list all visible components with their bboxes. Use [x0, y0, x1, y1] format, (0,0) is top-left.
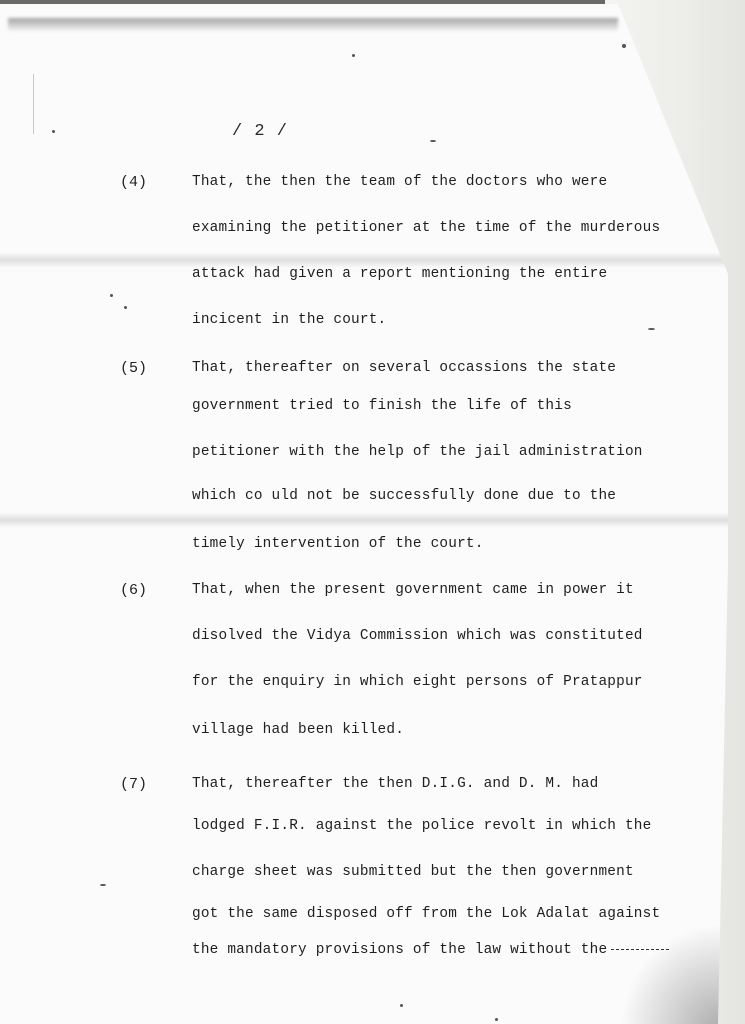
paragraph-line: the mandatory provisions of the law with…	[192, 942, 607, 958]
paragraph-line: village had been killed.	[192, 722, 404, 738]
ink-speck	[52, 130, 55, 133]
paragraph-line: attack had given a report mentioning the…	[192, 266, 607, 282]
ink-speck	[124, 306, 127, 309]
paragraph-line: incicent in the court.	[192, 312, 386, 328]
paragraph-line: That, the then the team of the doctors w…	[192, 174, 607, 190]
paragraph-line: disolved the Vidya Commission which was …	[192, 628, 643, 644]
paragraph-line: lodged F.I.R. against the police revolt …	[192, 818, 651, 834]
page-crease	[0, 512, 728, 528]
paragraph-number: (4)	[120, 174, 147, 191]
document-page: / 2 / (4) That, the then the team of the…	[0, 4, 745, 1024]
paragraph-number: (6)	[120, 582, 147, 599]
ink-speck	[430, 140, 436, 142]
margin-mark	[33, 74, 34, 134]
ink-speck	[352, 54, 355, 57]
paragraph-line: which co uld not be successfully done du…	[192, 488, 616, 504]
ink-speck	[110, 294, 113, 297]
paragraph-line: examining the petitioner at the time of …	[192, 220, 660, 236]
paragraph-line: charge sheet was submitted but the then …	[192, 864, 634, 880]
paragraph-line: timely intervention of the court.	[192, 536, 484, 552]
paragraph-line: for the enquiry in which eight persons o…	[192, 674, 643, 690]
page-corner-shadow	[620, 924, 720, 1024]
ink-speck	[622, 44, 626, 48]
ink-speck	[648, 328, 655, 330]
paragraph-number: (5)	[120, 360, 147, 377]
ink-speck	[495, 1018, 498, 1021]
page-number: / 2 /	[232, 122, 288, 141]
paragraph-line: That, when the present government came i…	[192, 582, 634, 598]
page-fold-shadow	[8, 18, 618, 32]
paragraph-line: petitioner with the help of the jail adm…	[192, 444, 643, 460]
paragraph-line: That, thereafter on several occassions t…	[192, 360, 616, 376]
paragraph-line: got the same disposed off from the Lok A…	[192, 906, 660, 922]
paragraph-line-continued: the mandatory provisions of the law with…	[192, 942, 669, 958]
ink-speck	[400, 1004, 403, 1007]
paragraph-line: government tried to finish the life of t…	[192, 398, 572, 414]
paragraph-number: (7)	[120, 776, 147, 793]
continuation-dash	[611, 949, 669, 950]
paragraph-line: That, thereafter the then D.I.G. and D. …	[192, 776, 598, 792]
ink-speck	[100, 884, 106, 886]
